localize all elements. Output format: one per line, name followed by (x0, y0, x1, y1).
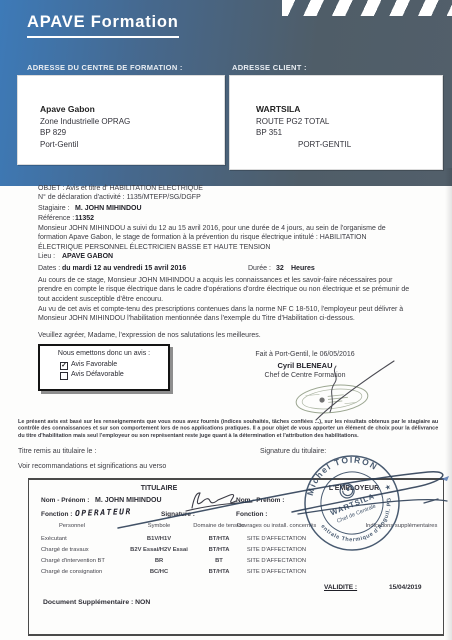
client-address-line: ROUTE PG2 TOTAL (256, 116, 351, 128)
col-header-personnel: Personnel (37, 523, 107, 529)
center-address-name: Apave Gabon (40, 104, 130, 116)
center-address-line: Zone Industrielle OPRAG (40, 116, 130, 128)
validite-label: VALIDITE : (324, 584, 357, 591)
dates-value: du mardi 12 au vendredi 15 avril 2016 (62, 264, 186, 273)
reference-label: Référence : (38, 214, 74, 223)
duree-value: 32 (276, 264, 284, 273)
duree-unit: Heures (291, 264, 315, 273)
client-address-line: BP 351 (256, 127, 351, 139)
hazard-stripes-icon (282, 0, 452, 16)
employeur-header: L'EMPLOYEUR (284, 485, 424, 492)
document-supplementaire: Document Supplémentaire : NON (43, 599, 150, 606)
objet-line: OBJET : Avis et titre d' HABILITATION EL… (38, 184, 203, 193)
table-cell: SITE D'AFFECTATION (224, 558, 329, 564)
col-header-ouvrages: Ouvrages ou install. concernés (224, 523, 329, 529)
center-address-line: BP 829 (40, 127, 130, 139)
reference-value: 11352 (75, 214, 94, 223)
validite-value: 15/04/2019 (389, 584, 422, 591)
place-date: Fait à Port-Gentil, le 06/05/2016 (230, 350, 380, 359)
page-edge-shadow (445, 168, 452, 640)
habilitation-table-box: TITULAIRE L'EMPLOYEUR Nom - Prénom : M. … (28, 478, 444, 636)
signer-name: Cyril BLENEAU (230, 361, 380, 370)
avis-box: Nous emettons donc un avis : ✓ Avis Favo… (38, 344, 170, 391)
client-address-label: ADRESSE CLIENT : (232, 63, 307, 72)
center-address-label: ADRESSE DU CENTRE DE FORMATION : (27, 63, 183, 72)
nom-label: Nom - Prénom : (41, 497, 89, 504)
avis-favorable-checkbox: ✓ (60, 362, 68, 370)
dates-label: Dates : (38, 264, 60, 273)
verso-note: Voir recommandations et significations a… (18, 462, 166, 471)
employeur-nom-label: Nom - Prénom : (236, 497, 284, 504)
legal-disclaimer: Le présent avis est basé sur les renseig… (18, 418, 438, 439)
header-banner: APAVE Formation ADRESSE DU CENTRE DE FOR… (0, 0, 452, 186)
titre-remis-label: Titre remis au titulaire le : (18, 447, 96, 456)
signature-titulaire-label: Signature du titulaire: (260, 447, 326, 456)
col-header-indications: Indications supplémentaires (349, 523, 452, 529)
employeur-fonction-label: Fonction : (236, 511, 267, 518)
duree-label: Durée : (248, 264, 271, 273)
center-address-box: Apave Gabon Zone Industrielle OPRAG BP 8… (17, 75, 225, 165)
signer-role: Chef de Centre Formation (230, 371, 380, 380)
avis-defavorable-checkbox (60, 372, 68, 380)
titulaire-header: TITULAIRE (89, 485, 229, 492)
client-address-box: WARTSILA ROUTE PG2 TOTAL BP 351 PORT-GEN… (229, 75, 443, 170)
avis-favorable-label: Avis Favorable (71, 361, 117, 368)
apave-oval-stamp (295, 382, 369, 416)
avis-defavorable-label: Avis Défavorable (71, 371, 124, 378)
fonction-handwritten-value: OPERATEUR (75, 507, 132, 518)
center-address-line: Port-Gentil (40, 139, 130, 151)
table-cell: SITE D'AFFECTATION (224, 547, 329, 553)
client-address-line: PORT-GENTIL (298, 139, 351, 151)
lieu-label: Lieu : (38, 252, 55, 261)
closing-sentence: Veuillez agréer, Madame, l'expression de… (38, 331, 261, 340)
stagiaire-label: Stagiaire : (38, 204, 70, 213)
table-cell: SITE D'AFFECTATION (224, 569, 329, 575)
stagiaire-name: M. JOHN MIHINDOU (75, 204, 142, 213)
paragraph-acquis: Au cours de ce stage, Monsieur JOHN MIHI… (38, 276, 412, 304)
signature-label: Signature : (161, 511, 195, 518)
apave-formation-logo: APAVE Formation (27, 13, 179, 38)
client-address-name: WARTSILA (256, 104, 351, 116)
fonction-label: Fonction : (41, 511, 72, 518)
lieu-value: APAVE GABON (62, 252, 113, 261)
avis-title: Nous emettons donc un avis : (40, 350, 168, 357)
nom-value: M. JOHN MIHINDOU (95, 497, 162, 504)
paragraph-formation: Monsieur JOHN MIHINDOU a suivi du 12 au … (38, 224, 412, 252)
document-page: APAVE Formation ADRESSE DU CENTRE DE FOR… (0, 0, 452, 640)
paragraph-norme: Au vu de cet avis et compte-tenu des pre… (38, 305, 412, 324)
table-cell: SITE D'AFFECTATION (224, 536, 329, 542)
declaration-number: N° de déclaration d'activité : 1135/MTEF… (38, 193, 201, 202)
